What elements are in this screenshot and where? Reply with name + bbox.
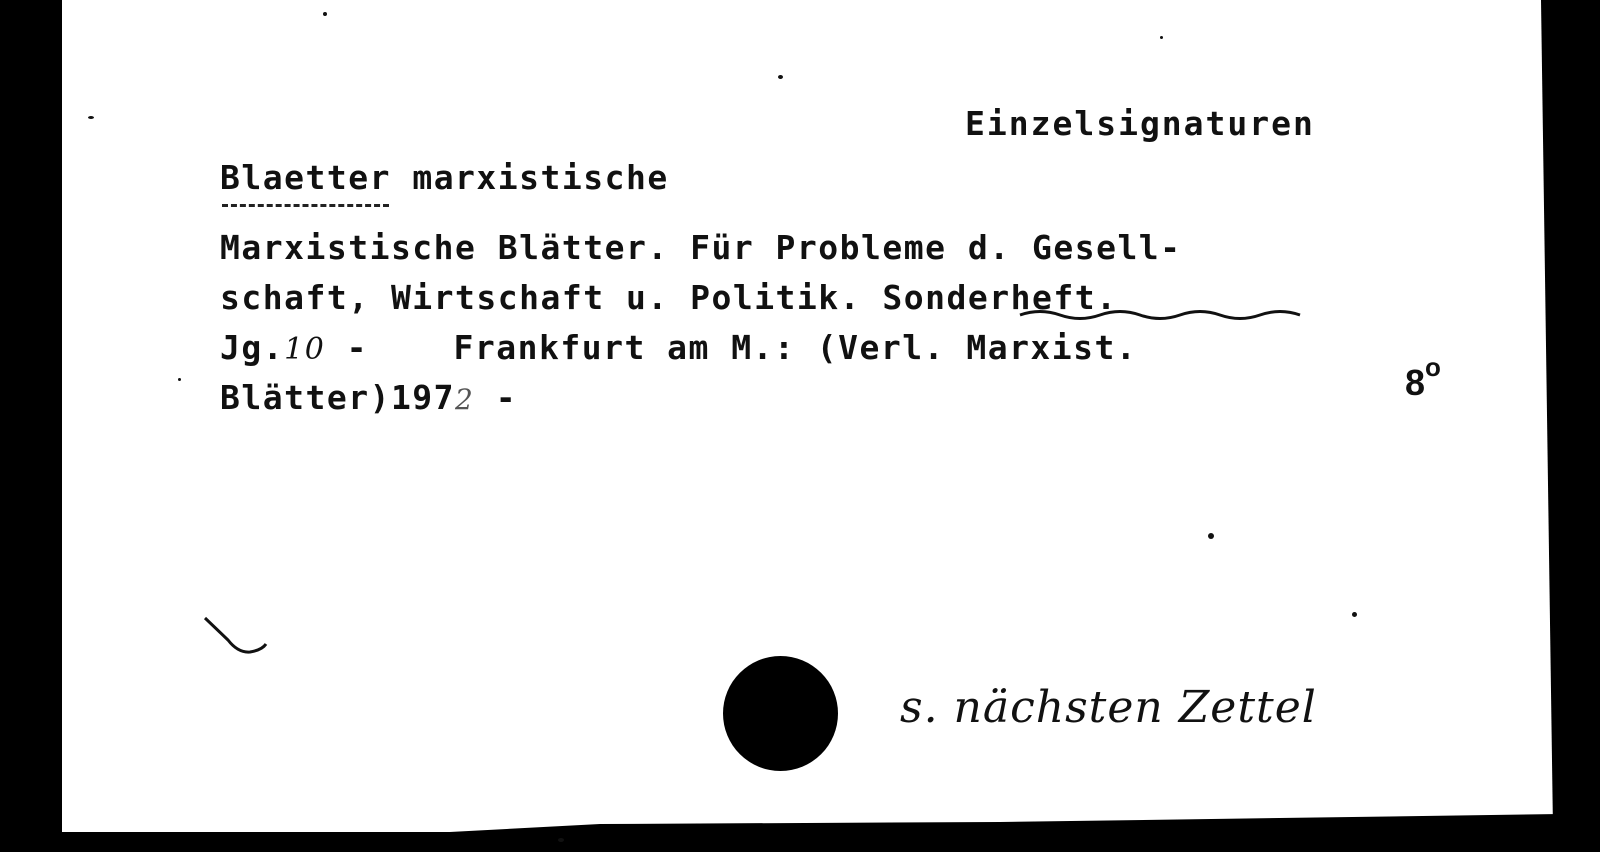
format-superscript: o <box>1425 352 1441 382</box>
description-text: . <box>1096 278 1117 317</box>
format-mark: 8o <box>1405 358 1441 404</box>
imprint-text: - Frankfurt am M.: (Verl. Marxist. <box>325 328 1137 367</box>
filing-heading: Blaetter marxistische <box>220 158 669 197</box>
filing-heading-rest: marxistische <box>391 158 669 197</box>
speck <box>1160 36 1163 39</box>
volume-prefix: Jg. <box>220 328 284 367</box>
special-issue-label: Sonderheft <box>882 278 1096 317</box>
speck <box>88 116 94 119</box>
collection-label: Einzelsignaturen <box>965 104 1315 143</box>
punch-hole <box>723 656 838 771</box>
handwritten-note: s. nächsten Zettel <box>900 682 1317 733</box>
description-line-3: Jg.10 - Frankfurt am M.: (Verl. Marxist. <box>220 328 1137 367</box>
speck <box>178 378 181 381</box>
speck <box>1352 612 1357 617</box>
handwritten-year-digit: 2 <box>455 383 474 416</box>
description-line-2: schaft, Wirtschaft u. Politik. Sonderhef… <box>220 278 1117 317</box>
publisher-year: Blätter)197 <box>220 378 455 417</box>
description-line-1: Marxistische Blätter. Für Probleme d. Ge… <box>220 228 1182 267</box>
description-text: - <box>474 378 517 417</box>
format-number: 8 <box>1405 362 1425 403</box>
speck <box>778 75 783 79</box>
speck <box>558 838 564 842</box>
filing-keyword: Blaetter <box>220 158 391 197</box>
description-text: schaft, Wirtschaft u. Politik. <box>220 278 882 317</box>
speck <box>323 12 327 16</box>
catalog-card: Einzelsignaturen Blaetter marxistische M… <box>0 0 1600 852</box>
speck <box>1208 533 1214 539</box>
handwritten-volume: 10 <box>284 332 325 367</box>
description-line-4: Blätter)1972 - <box>220 378 517 417</box>
